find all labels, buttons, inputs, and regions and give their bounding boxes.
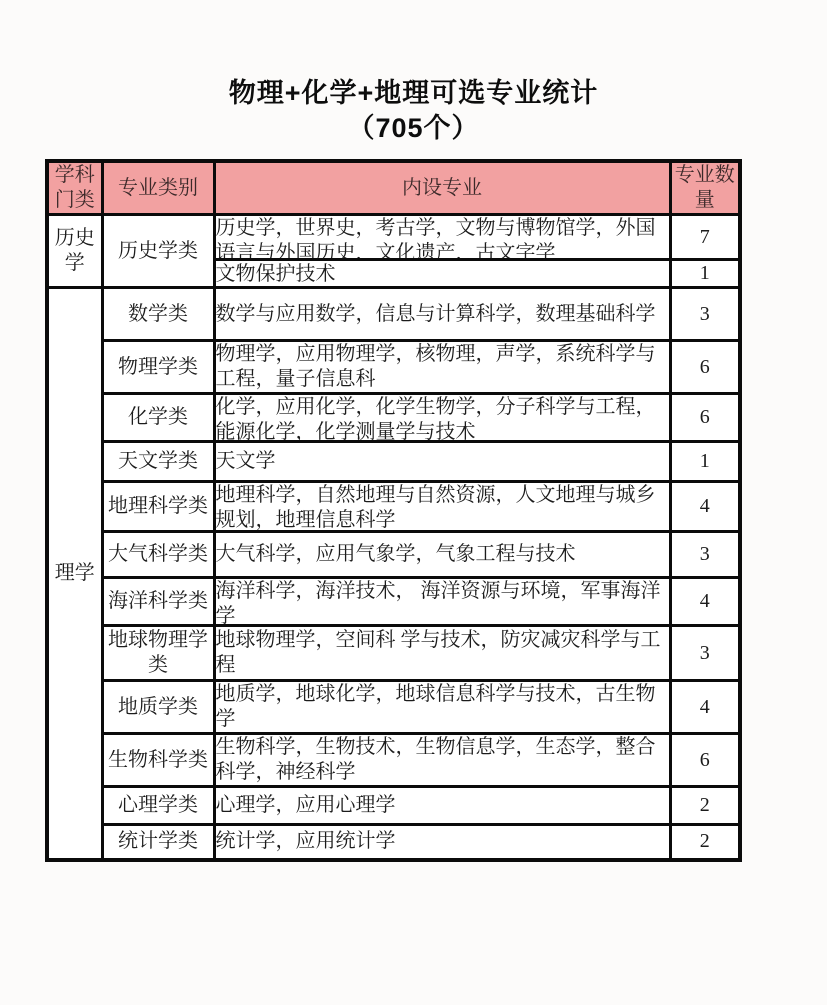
- table-row: 地理科学类 地理科学，自然地理与自然资源，人文地理与城乡规划，地理信息科学 4: [47, 482, 740, 532]
- count-cell: 2: [670, 825, 740, 860]
- table-row: 大气科学类 大气科学，应用气象学，气象工程与技术 3: [47, 532, 740, 578]
- majors-cell: 大气科学，应用气象学，气象工程与技术: [214, 532, 670, 578]
- count-cell: 1: [670, 442, 740, 482]
- major-type-cell: 化学类: [102, 394, 214, 442]
- majors-cell: 文物保护技术: [214, 260, 670, 288]
- count-cell: 7: [670, 215, 740, 260]
- count-cell: 3: [670, 532, 740, 578]
- header-major-count: 专业数量: [670, 161, 740, 215]
- major-type-cell: 心理学类: [102, 787, 214, 825]
- majors-cell: 地理科学，自然地理与自然资源，人文地理与城乡规划，地理信息科学: [214, 482, 670, 532]
- major-type-cell: 天文学类: [102, 442, 214, 482]
- count-cell: 3: [670, 288, 740, 341]
- count-cell: 4: [670, 482, 740, 532]
- count-cell: 1: [670, 260, 740, 288]
- major-type-cell: 数学类: [102, 288, 214, 341]
- major-type-cell: 大气科学类: [102, 532, 214, 578]
- major-type-cell: 物理学类: [102, 341, 214, 394]
- subject-category-cell: 历史学: [47, 215, 102, 288]
- count-cell: 6: [670, 394, 740, 442]
- table-row: 生物科学类 生物科学，生物技术，生物信息学，生态学，整合科学，神经科学 6: [47, 734, 740, 787]
- major-type-cell: 历史学类: [102, 215, 214, 288]
- table-row: 理学 数学类 数学与应用数学，信息与计算科学，数理基础科学 3: [47, 288, 740, 341]
- header-major-type: 专业类别: [102, 161, 214, 215]
- page-title-line1: 物理+化学+地理可选专业统计: [0, 76, 827, 111]
- majors-statistics-table: 学科门类 专业类别 内设专业 专业数量 历史学 历史学类 历史学，世界史，考古学…: [45, 159, 742, 862]
- major-type-cell: 统计学类: [102, 825, 214, 860]
- count-cell: 6: [670, 341, 740, 394]
- major-type-cell: 地质学类: [102, 681, 214, 734]
- count-cell: 3: [670, 626, 740, 681]
- count-cell: 6: [670, 734, 740, 787]
- table-row: 地质学类 地质学，地球化学，地球信息科学与技术，古生物学 4: [47, 681, 740, 734]
- majors-cell: 统计学，应用统计学: [214, 825, 670, 860]
- count-cell: 4: [670, 578, 740, 626]
- subject-category-cell: 理学: [47, 288, 102, 860]
- majors-cell: 化学，应用化学，化学生物学，分子科学与工程，能源化学，化学测量学与技术: [214, 394, 670, 442]
- table-row: 物理学类 物理学，应用物理学，核物理，声学，系统科学与工程，量子信息科 6: [47, 341, 740, 394]
- major-type-cell: 地理科学类: [102, 482, 214, 532]
- majors-cell: 物理学，应用物理学，核物理，声学，系统科学与工程，量子信息科: [214, 341, 670, 394]
- page-title-line2: （705个）: [0, 111, 827, 146]
- majors-cell: 天文学: [214, 442, 670, 482]
- table-row: 统计学类 统计学，应用统计学 2: [47, 825, 740, 860]
- majors-cell: 地质学，地球化学，地球信息科学与技术，古生物学: [214, 681, 670, 734]
- table-row: 历史学 历史学类 历史学，世界史，考古学，文物与博物馆学，外国语言与外国历史，文…: [47, 215, 740, 260]
- major-type-cell: 海洋科学类: [102, 578, 214, 626]
- majors-cell: 历史学，世界史，考古学，文物与博物馆学，外国语言与外国历史，文化遗产，古文字学: [214, 215, 670, 260]
- header-included-majors: 内设专业: [214, 161, 670, 215]
- majors-cell: 地球物理学，空间科 学与技术，防灾减灾科学与工程: [214, 626, 670, 681]
- table-row: 天文学类 天文学 1: [47, 442, 740, 482]
- header-subject-category: 学科门类: [47, 161, 102, 215]
- majors-cell: 海洋科学，海洋技术， 海洋资源与环境，军事海洋学: [214, 578, 670, 626]
- table-row: 海洋科学类 海洋科学，海洋技术， 海洋资源与环境，军事海洋学 4: [47, 578, 740, 626]
- table-row: 地球物理学类 地球物理学，空间科 学与技术，防灾减灾科学与工程 3: [47, 626, 740, 681]
- majors-cell: 数学与应用数学，信息与计算科学，数理基础科学: [214, 288, 670, 341]
- major-type-cell: 地球物理学类: [102, 626, 214, 681]
- page: 物理+化学+地理可选专业统计 （705个） 学科门类 专业类别 内设专业 专业数…: [0, 0, 827, 1005]
- table-row: 化学类 化学，应用化学，化学生物学，分子科学与工程，能源化学，化学测量学与技术 …: [47, 394, 740, 442]
- majors-cell: 生物科学，生物技术，生物信息学，生态学，整合科学，神经科学: [214, 734, 670, 787]
- major-type-cell: 生物科学类: [102, 734, 214, 787]
- page-title: 物理+化学+地理可选专业统计 （705个）: [0, 0, 827, 146]
- majors-cell: 心理学，应用心理学: [214, 787, 670, 825]
- table-header-row: 学科门类 专业类别 内设专业 专业数量: [47, 161, 740, 215]
- count-cell: 4: [670, 681, 740, 734]
- count-cell: 2: [670, 787, 740, 825]
- table-row: 心理学类 心理学，应用心理学 2: [47, 787, 740, 825]
